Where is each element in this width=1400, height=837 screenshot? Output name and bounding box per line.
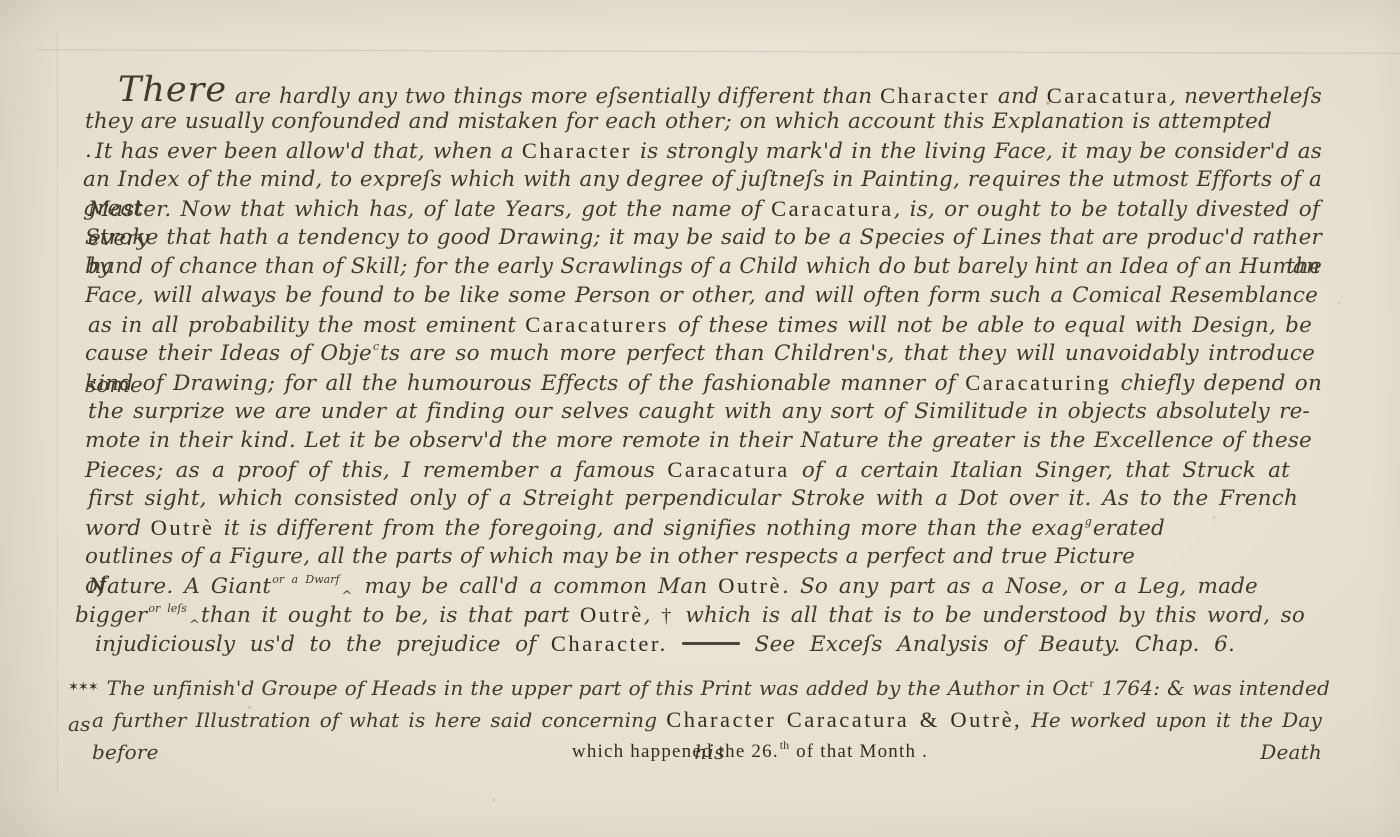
script-text: mote in their kind. Let it be observ'd t… bbox=[85, 428, 1312, 453]
plate-mark-left bbox=[57, 30, 58, 792]
text-line: Nature. A Giantor a Dwarf^ may be call'd… bbox=[88, 571, 1258, 600]
script-text: , bbox=[644, 603, 662, 628]
script-text: kind of Drawing; for all the humourous E… bbox=[85, 371, 965, 396]
text-line: word Outrè it is different from the fore… bbox=[85, 513, 1165, 542]
script-text: Master. Now that which has, of late Year… bbox=[88, 197, 771, 222]
roman-type-word: Caracatura bbox=[667, 457, 789, 482]
script-text: word bbox=[85, 516, 151, 541]
roman-type-word: Outrè bbox=[718, 573, 782, 598]
roman-type-word: of that Month . bbox=[790, 741, 928, 762]
text-line: a further Illustration of what is here s… bbox=[92, 704, 1322, 736]
text-line: Master. Now that which has, of late Year… bbox=[88, 194, 1320, 223]
plate-mark-top bbox=[38, 49, 1400, 54]
reference-dash bbox=[682, 642, 740, 645]
text-line: as in all probability the most eminent C… bbox=[88, 310, 1312, 339]
text-line: injudiciously us'd to the prejudice of C… bbox=[95, 629, 1235, 658]
foxing-speck bbox=[492, 799, 495, 801]
script-text: Pieces; as a proof of this, I remember a… bbox=[85, 458, 667, 483]
text-line: mote in their kind. Let it be observ'd t… bbox=[85, 426, 1312, 455]
script-text: and bbox=[990, 84, 1047, 109]
script-text: cause their Ideas of Obje bbox=[85, 341, 372, 366]
text-line: which happened the 26.th of that Month . bbox=[160, 736, 1340, 766]
roman-type-word: Character Caracatura & Outrè, bbox=[666, 707, 1022, 732]
script-text: bigger bbox=[75, 603, 147, 628]
inserted-superscript: or a Dwarf bbox=[272, 573, 339, 586]
script-text: It has ever been allow'd that, when a bbox=[95, 139, 522, 164]
text-line: the surprize we are under at finding our… bbox=[88, 397, 1310, 426]
roman-type-word: Caracatura bbox=[771, 196, 893, 221]
script-text: a further Illustration of what is here s… bbox=[92, 708, 666, 732]
script-text: of these times will not be able to equal… bbox=[669, 313, 1312, 338]
roman-type-word: Caracaturers bbox=[525, 312, 669, 337]
script-text: of a certain Italian Singer, that Struck… bbox=[790, 458, 1290, 483]
roman-type-word: which happened the 26. bbox=[572, 741, 779, 762]
asterism-mark: ✶✶✶ bbox=[68, 680, 98, 695]
script-text: than it ought to be, is that part bbox=[201, 603, 580, 628]
script-text: are hardly any two things more eſsential… bbox=[227, 84, 880, 109]
script-text: the surprize we are under at finding our… bbox=[88, 399, 1310, 424]
roman-type-word: Caracaturing bbox=[965, 370, 1111, 395]
text-line: There are hardly any two things more eſs… bbox=[118, 78, 1322, 107]
script-text: first sight, which consisted only of a S… bbox=[88, 486, 1298, 511]
script-text: injudiciously us'd to the prejudice of bbox=[95, 632, 551, 657]
text-line: they are usually confounded and mistaken… bbox=[85, 107, 1272, 136]
dagger-mark: † bbox=[661, 605, 675, 627]
text-line: hand of chance than of Skill; for the ea… bbox=[88, 252, 1320, 281]
script-text: Nature. A Giant bbox=[88, 574, 271, 599]
script-text: may be call'd a common Man bbox=[354, 574, 719, 599]
script-text: chiefly depend on bbox=[1111, 371, 1322, 396]
text-line: Stroke that hath a tendency to good Draw… bbox=[85, 223, 1322, 252]
text-line: kind of Drawing; for all the humourous E… bbox=[85, 368, 1322, 397]
roman-type-word: Character bbox=[522, 138, 632, 163]
text-line: ✶✶✶ The unfinish'd Groupe of Heads in th… bbox=[68, 672, 1330, 704]
text-line: biggeror leſs^than it ought to be, is th… bbox=[75, 600, 1305, 629]
inscription-block: There are hardly any two things more eſs… bbox=[60, 78, 1340, 766]
script-text: The unfinish'd Groupe of Heads in the up… bbox=[100, 676, 1089, 700]
script-text: hand of chance than of Skill; for the ea… bbox=[88, 254, 1320, 279]
script-text: See Exceſs Analysis of Beauty. Chap. 6. bbox=[740, 632, 1235, 657]
text-line: first sight, which consisted only of a S… bbox=[88, 484, 1298, 513]
script-text: , nevertheleſs bbox=[1169, 84, 1322, 109]
script-text: which is all that is to be understood by… bbox=[675, 603, 1305, 628]
script-text: is strongly mark'd in the living Face, i… bbox=[632, 139, 1322, 164]
inserted-superscript: or leſs bbox=[148, 602, 187, 615]
superscript: r bbox=[1090, 676, 1094, 690]
text-line: an Index of the mind, to expreſs which w… bbox=[83, 165, 1322, 194]
script-text: . So any part as a Nose, or a Leg, made bbox=[782, 574, 1258, 599]
engraving-sheet: There are hardly any two things more eſs… bbox=[0, 0, 1400, 837]
superscript: th bbox=[780, 738, 789, 752]
text-line: It has ever been allow'd that, when a Ch… bbox=[95, 136, 1322, 165]
text-line: Face, will always be found to be like so… bbox=[85, 281, 1318, 310]
roman-type-word: Character. bbox=[551, 631, 668, 656]
script-text: Face, will always be found to be like so… bbox=[85, 283, 1318, 308]
opening-word: There bbox=[118, 70, 227, 110]
script-text bbox=[668, 632, 682, 657]
text-line: cause their Ideas of Objects are so much… bbox=[85, 339, 1315, 368]
text-line: Pieces; as a proof of this, I remember a… bbox=[85, 455, 1290, 484]
inserted-superscript: c bbox=[373, 340, 379, 353]
script-text: it is different from the foregoing, and … bbox=[214, 516, 1083, 541]
roman-type-word: Outrè bbox=[151, 515, 215, 540]
roman-type-word: Outrè bbox=[580, 602, 644, 627]
roman-type-word: Caracatura bbox=[1047, 83, 1169, 108]
inserted-superscript: g bbox=[1085, 515, 1092, 528]
roman-type-word: Character bbox=[880, 83, 990, 108]
script-text: as in all probability the most eminent bbox=[88, 313, 525, 338]
text-line: outlines of a Figure, all the parts of w… bbox=[85, 542, 1135, 571]
script-text: erated bbox=[1093, 516, 1165, 541]
